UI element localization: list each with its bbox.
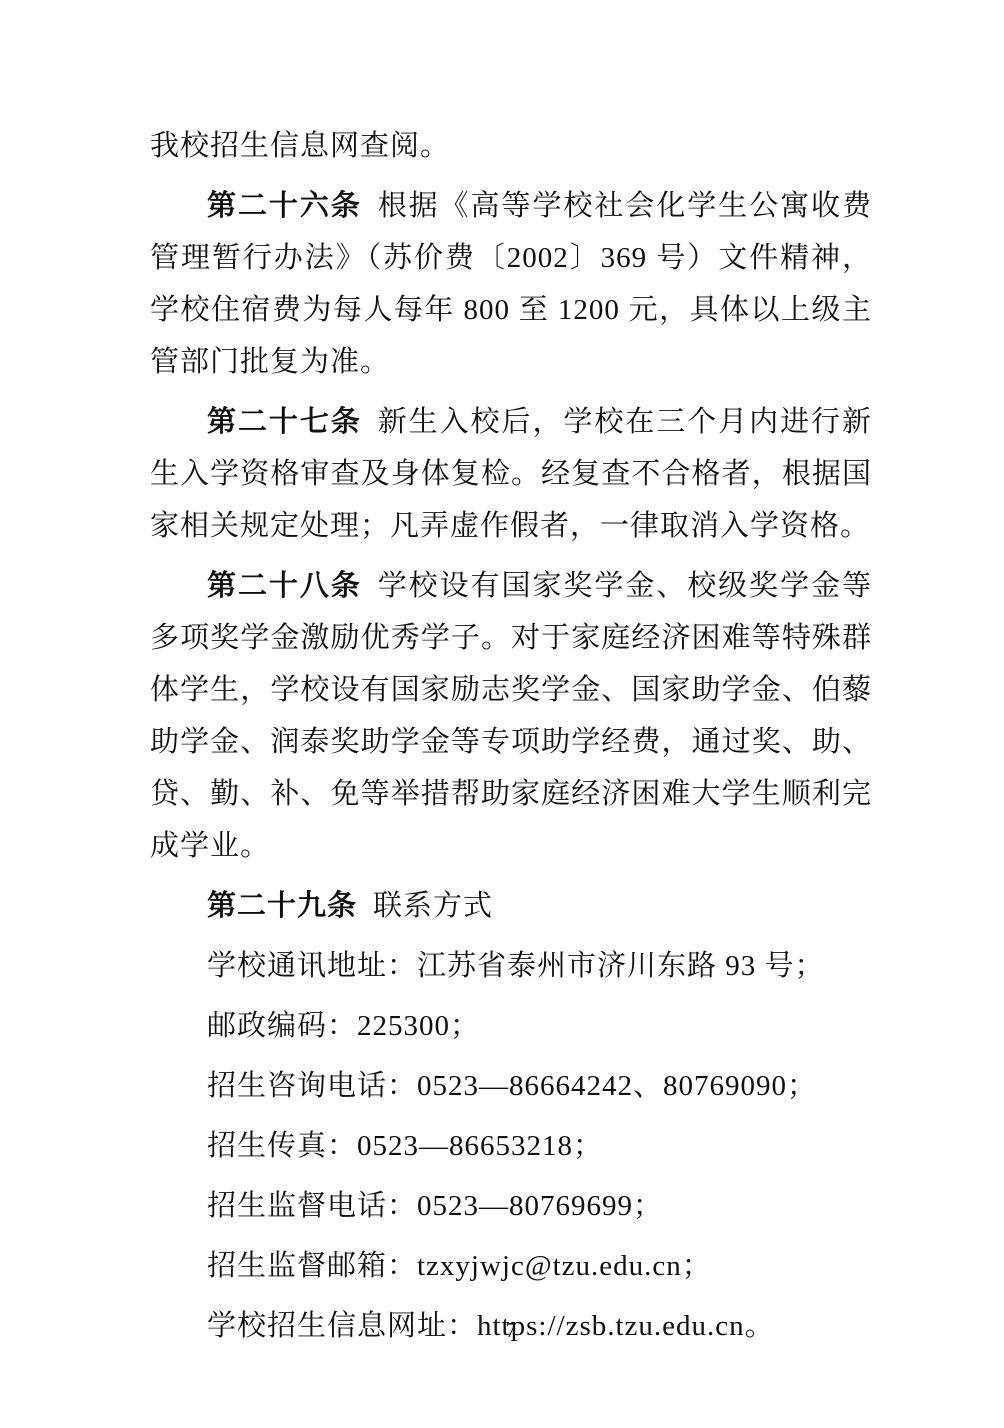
paragraph-text: 学校设有国家奖学金、校级奖学金等多项奖学金激励优秀学子。对于家庭经济困难等特殊群… — [150, 570, 872, 862]
contact-address-line: 学校通讯地址：江苏省泰州市济川东路 93 号； — [150, 940, 872, 992]
paragraph-text: 邮政编码：225300； — [207, 1010, 480, 1042]
contact-supervision-phone-line: 招生监督电话：0523—80769699； — [150, 1180, 872, 1232]
page-number: 7 — [150, 1316, 872, 1344]
article-number: 第二十八条 — [207, 570, 362, 602]
document-page: 我校招生信息网查阅。 第二十六条根据《高等学校社会化学生公寓收费管理暂行办法》（… — [0, 0, 1004, 1428]
paragraph-article-28: 第二十八条学校设有国家奖学金、校级奖学金等多项奖学金激励优秀学子。对于家庭经济困… — [150, 560, 872, 872]
paragraph-text: 招生传真：0523—86653218； — [207, 1130, 603, 1162]
article-number: 第二十九条 — [207, 890, 357, 922]
contact-postcode-line: 邮政编码：225300； — [150, 1000, 872, 1052]
contact-email-line: 招生监督邮箱：tzxyjwjc@tzu.edu.cn； — [150, 1240, 872, 1292]
paragraph-article-29: 第二十九条联系方式 — [150, 880, 872, 932]
paragraph-text: 招生咨询电话：0523—86664242、80769090； — [207, 1070, 817, 1102]
paragraph-text: 联系方式 — [373, 890, 493, 922]
article-number: 第二十六条 — [207, 190, 362, 222]
paragraph-text: 招生监督邮箱：tzxyjwjc@tzu.edu.cn； — [207, 1250, 712, 1282]
paragraph-text: 我校招生信息网查阅。 — [150, 130, 450, 162]
paragraph-text: 招生监督电话：0523—80769699； — [207, 1190, 663, 1222]
paragraph-continuation: 我校招生信息网查阅。 — [150, 120, 872, 172]
paragraph-article-27: 第二十七条新生入校后，学校在三个月内进行新生入学资格审查及身体复检。经复查不合格… — [150, 396, 872, 552]
article-number: 第二十七条 — [207, 406, 362, 438]
paragraph-text: 学校通讯地址：江苏省泰州市济川东路 93 号； — [207, 950, 825, 982]
paragraph-article-26: 第二十六条根据《高等学校社会化学生公寓收费管理暂行办法》（苏价费〔2002〕36… — [150, 180, 872, 388]
contact-fax-line: 招生传真：0523—86653218； — [150, 1120, 872, 1172]
contact-phone-line: 招生咨询电话：0523—86664242、80769090； — [150, 1060, 872, 1112]
